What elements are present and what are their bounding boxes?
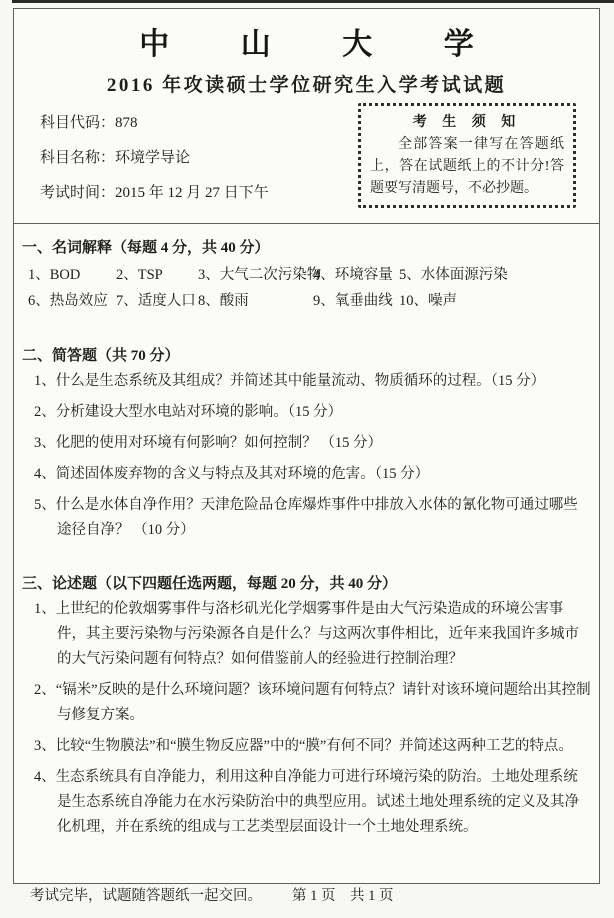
section-short-answer-title: 二、简答题（共 70 分） bbox=[22, 344, 591, 369]
terms-grid: 1、BOD 2、TSP 3、大气二次污染物 4、环境容量 5、水体面源污染 6、… bbox=[28, 262, 593, 314]
university-title: 中 山 大 学 bbox=[14, 19, 599, 63]
header-divider bbox=[14, 223, 599, 224]
exam-subtitle: 2016 年攻读硕士学位研究生入学考试试题 bbox=[14, 70, 599, 97]
essay-questions: 1、上世纪的伦敦烟雾事件与洛杉矶光化学烟雾事件是由大气污染造成的环境公害事件，其… bbox=[14, 597, 599, 840]
section-terms: 一、名词解释（每题 4 分，共 40 分） 1、BOD 2、TSP 3、大气二次… bbox=[14, 236, 599, 314]
term-item: 8、酸雨 bbox=[198, 288, 313, 314]
term-item: 3、大气二次污染物 bbox=[198, 262, 313, 288]
exam-paper-page: 中 山 大 学 2016 年攻读硕士学位研究生入学考试试题 科目代码：878 科… bbox=[0, 0, 614, 918]
term-item: 4、环境容量 bbox=[313, 262, 399, 288]
term-item: 2、TSP bbox=[116, 262, 198, 288]
page-footer: 考试完毕，试题随答题纸一起交回。 第 1 页 共 1 页 bbox=[30, 887, 590, 905]
term-item: 9、氧垂曲线 bbox=[313, 288, 399, 314]
footer-return-note: 考试完毕，试题随答题纸一起交回。 bbox=[30, 888, 262, 904]
short-answer-questions: 1、什么是生态系统及其组成？并简述其中能量流动、物质循环的过程。（15 分） 2… bbox=[14, 369, 599, 543]
question-item: 2、“镉米”反映的是什么环境问题？该环境问题有何特点？请针对该环境问题给出其控制… bbox=[34, 678, 591, 728]
question-item: 5、什么是水体自净作用？天津危险品仓库爆炸事件中排放入水体的氰化物可通过哪些途径… bbox=[34, 493, 591, 543]
question-item: 2、分析建设大型水电站对环境的影响。（15 分） bbox=[34, 400, 591, 425]
term-item: 1、BOD bbox=[28, 262, 116, 288]
question-item: 3、化肥的使用对环境有何影响？如何控制？ （15 分） bbox=[34, 431, 591, 456]
candidate-notice-box: 考 生 须 知 全部答案一律写在答题纸上，答在试题纸上的不计分!答题要写清题号，… bbox=[358, 103, 576, 208]
term-item: 10、噪声 bbox=[399, 288, 593, 314]
notice-title: 考 生 须 知 bbox=[370, 112, 564, 134]
exam-meta: 科目代码：878 科目名称：环境学导论 考试时间：2015 年 12 月 27 … bbox=[40, 103, 269, 218]
section-essay-title: 三、论述题（以下四题任选两题，每题 20 分，共 40 分） bbox=[22, 572, 591, 597]
section-terms-title: 一、名词解释（每题 4 分，共 40 分） bbox=[22, 236, 591, 261]
question-item: 3、比较“生物膜法”和“膜生物反应器”中的“膜”有何不同？并简述这两种工艺的特点… bbox=[34, 734, 591, 759]
question-item: 4、生态系统具有自净能力，利用这种自净能力可进行环境污染的防治。土地处理系统是生… bbox=[34, 765, 591, 840]
term-item: 6、热岛效应 bbox=[28, 288, 116, 314]
section-short-answer: 二、简答题（共 70 分） 1、什么是生态系统及其组成？并简述其中能量流动、物质… bbox=[14, 344, 599, 543]
page-number: 第 1 页 共 1 页 bbox=[292, 887, 394, 905]
exam-sheet: 中 山 大 学 2016 年攻读硕士学位研究生入学考试试题 科目代码：878 科… bbox=[13, 8, 600, 884]
section-essay: 三、论述题（以下四题任选两题，每题 20 分，共 40 分） 1、上世纪的伦敦烟… bbox=[14, 572, 599, 840]
question-item: 1、什么是生态系统及其组成？并简述其中能量流动、物质循环的过程。（15 分） bbox=[34, 369, 591, 394]
question-item: 4、简述固体废弃物的含义与特点及其对环境的危害。（15 分） bbox=[34, 462, 591, 487]
notice-body: 全部答案一律写在答题纸上，答在试题纸上的不计分!答题要写清题号，不必抄题。 bbox=[370, 134, 564, 200]
scan-edge-line bbox=[12, 0, 614, 3]
term-item: 5、水体面源污染 bbox=[399, 262, 593, 288]
exam-time: 考试时间：2015 年 12 月 27 日下午 bbox=[40, 183, 269, 203]
question-item: 1、上世纪的伦敦烟雾事件与洛杉矶光化学烟雾事件是由大气污染造成的环境公害事件，其… bbox=[34, 597, 591, 672]
subject-name: 科目名称：环境学导论 bbox=[40, 148, 269, 168]
subject-code: 科目代码：878 bbox=[40, 113, 269, 133]
term-item: 7、适度人口 bbox=[116, 288, 198, 314]
exam-meta-row: 科目代码：878 科目名称：环境学导论 考试时间：2015 年 12 月 27 … bbox=[40, 103, 576, 218]
